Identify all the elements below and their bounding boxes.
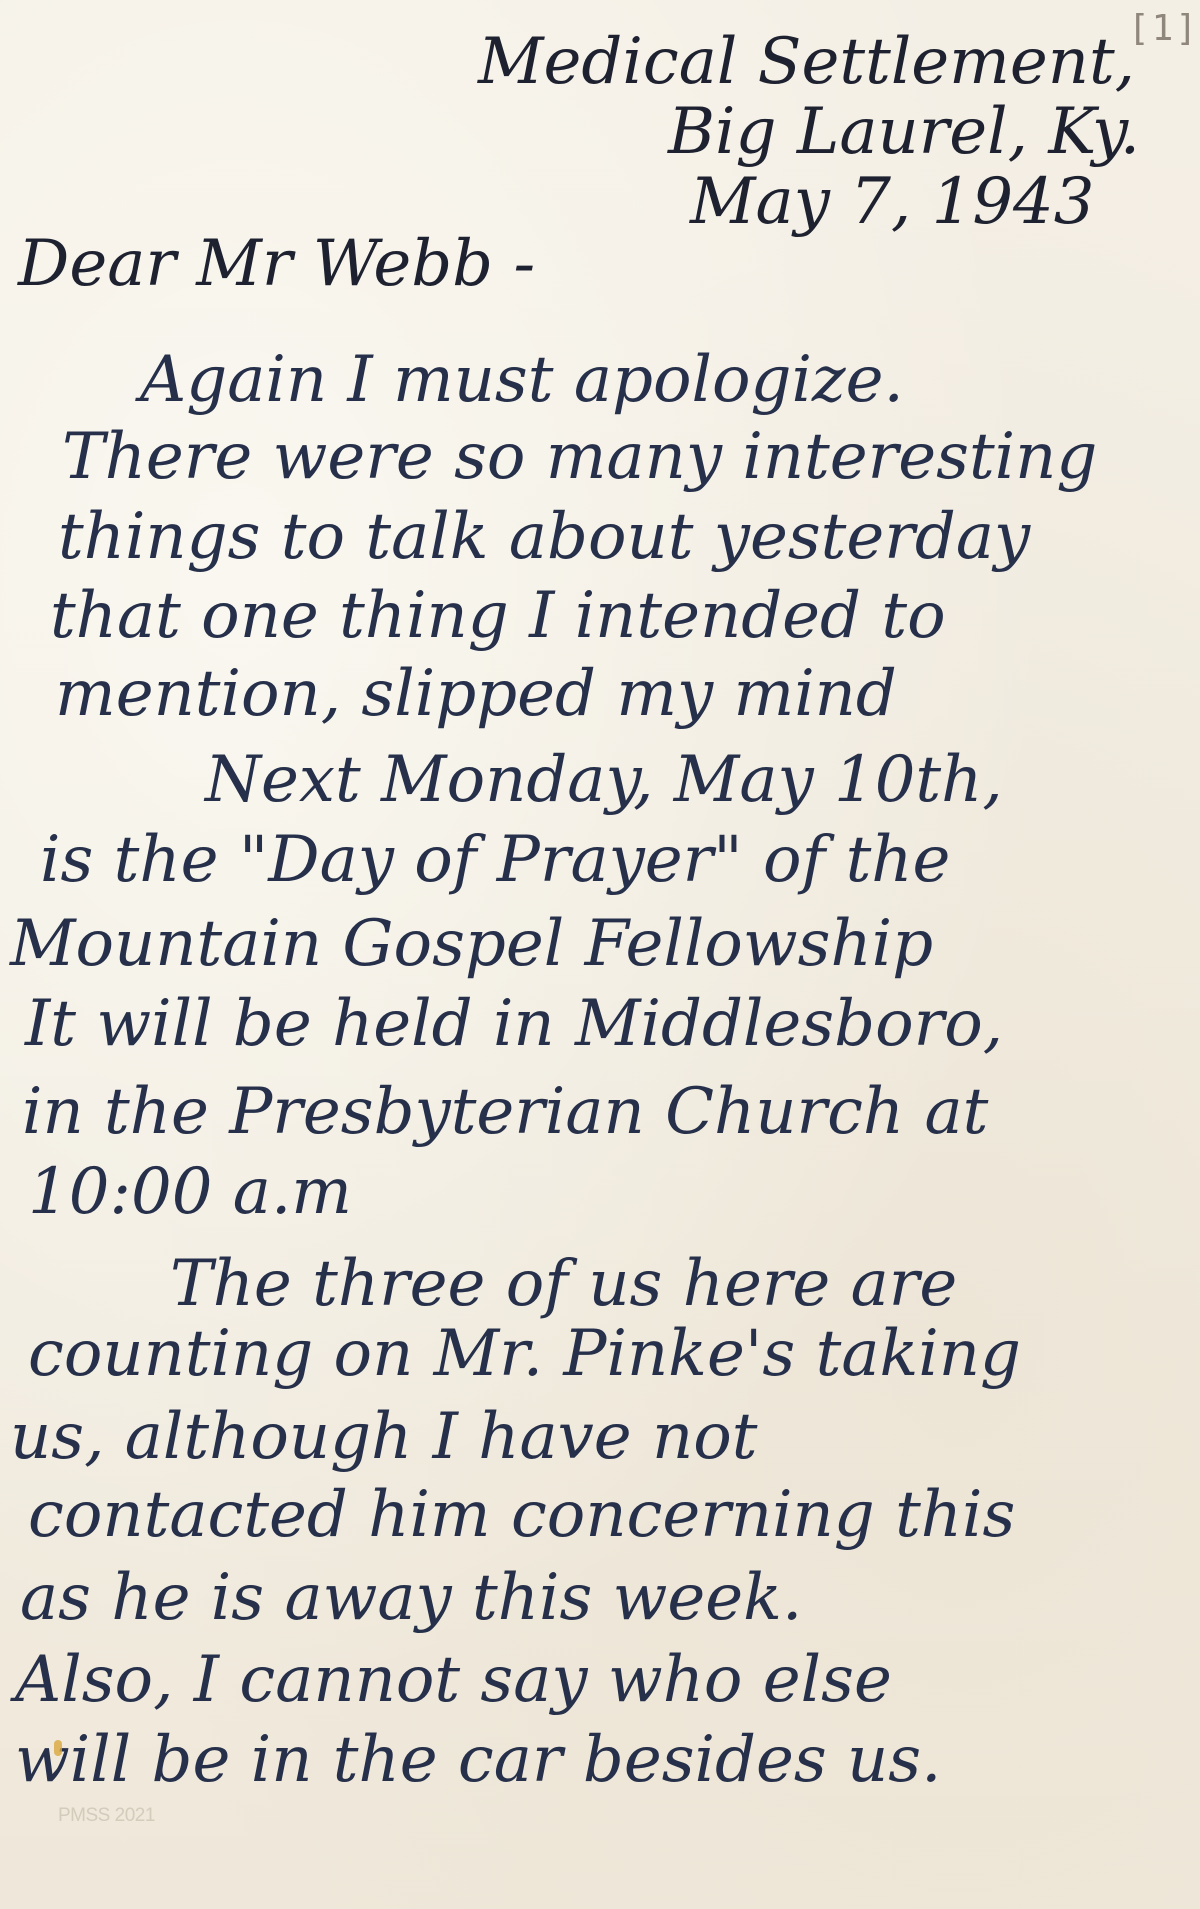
body-line: counting on Mr. Pinke's taking [28, 1322, 1021, 1386]
page-marker: [1] [1128, 8, 1199, 49]
body-line: mention, slipped my mind [55, 662, 897, 726]
body-line: as he is away this week. [20, 1566, 802, 1630]
body-line: The three of us here are [170, 1252, 957, 1316]
body-line: us, although I have not [10, 1405, 757, 1469]
body-line: There were so many interesting [62, 425, 1097, 489]
body-line: 10:00 a.m [28, 1160, 352, 1224]
body-line: Next Monday, May 10th, [205, 748, 1003, 812]
heading-date: May 7, 1943 [690, 170, 1094, 234]
salutation: Dear Mr Webb - [18, 232, 535, 296]
body-line: things to talk about yesterday [58, 505, 1030, 569]
heading-place-line2: Big Laurel, Ky. [668, 100, 1140, 164]
body-line: Mountain Gospel Fellowship [10, 912, 933, 976]
body-line: that one thing I intended to [50, 584, 946, 648]
body-line: Also, I cannot say who else [15, 1648, 892, 1712]
archive-watermark: PMSS 2021 [58, 1805, 155, 1827]
body-line: in the Presbyterian Church at [22, 1080, 988, 1144]
body-line: contacted him concerning this [28, 1483, 1015, 1547]
body-line: It will be held in Middlesboro, [25, 992, 1003, 1056]
heading-place-line1: Medical Settlement, [478, 30, 1135, 94]
ink-stain [54, 1740, 62, 1756]
body-line: Again I must apologize. [140, 348, 904, 412]
body-line: is the "Day of Prayer" of the [40, 828, 950, 892]
body-line: will be in the car besides us. [15, 1728, 941, 1792]
